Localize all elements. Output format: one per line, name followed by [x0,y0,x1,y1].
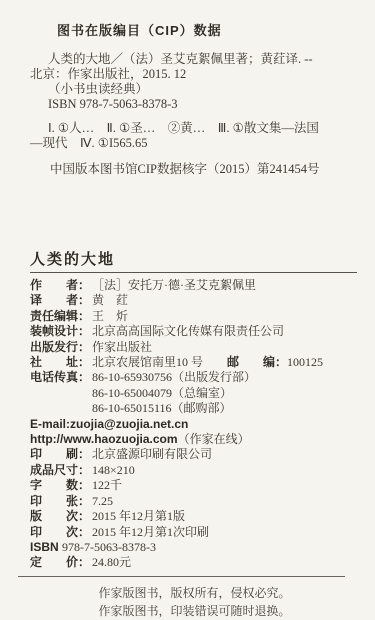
row-value: 148×210 [92,463,135,477]
row-label: 作 者： [30,278,92,293]
row-value: 86-10-65004079（总编室） [92,386,232,400]
row-text: 978-7-5063-8378-3 [62,540,156,554]
colophon-row: 86-10-65004079（总编室） [30,386,359,401]
row-value: 86-10-65015116（邮购部） [92,401,232,415]
cip-line: ISBN 978-7-5063-8378-3 [30,97,359,112]
colophon-row: E-mail:zuojia@zuojia.net.cn [30,417,359,432]
colophon-row: 印 刷：北京盛源印刷有限公司 [30,447,359,462]
colophon-row: 86-10-65015116（邮购部） [30,401,359,416]
row-value: 86-10-65930756（出版发行部） [92,370,256,384]
row-value: 王 炘 [92,309,128,323]
cip-paragraph: 人类的大地／（法）圣艾克絮佩里著；黄荭译. --北京：作家出版社，2015. 1… [30,52,359,112]
colophon-row: 责任编辑：王 炘 [30,309,359,324]
row-value: 黄 荭 [92,293,128,307]
cip-line: 北京：作家出版社，2015. 12 [30,67,359,82]
colophon-row: 印 次：2015 年12月第1次印刷 [30,525,359,540]
row-text: （作家在线） [178,432,250,446]
colophon-row: 定 价：24.80元 [30,555,359,570]
row-label: 出版发行： [30,340,92,355]
row-label: 版 次： [30,509,92,524]
colophon-row: 成品尺寸：148×210 [30,463,359,478]
cip-classification-line: Ⅰ. ①人… Ⅱ. ①圣… ②黄… Ⅲ. ①散文集—法国 [30,121,359,136]
row-label: 装帧设计： [30,324,92,339]
footer-note: 作家版图书，印装错误可随时退换。 [30,602,359,620]
row-label: 责任编辑： [30,309,92,324]
row-value: 北京高高国际文化传媒有限责任公司 [92,324,284,338]
cip-section-title: 图书在版编目（CIP）数据 [30,20,359,39]
row-label-2: 邮 编： [227,355,287,370]
colophon-row: http://www.haozuojia.com（作家在线） [30,432,359,447]
page-content: 图书在版编目（CIP）数据 人类的大地／（法）圣艾克絮佩里著；黄荭译. --北京… [0,0,375,620]
row-label: 电话传真： [30,370,92,385]
row-value: 作家出版社 [92,340,152,354]
cip-line: （小书虫读经典） [30,82,359,97]
colophon-rows: 作 者：［法］安托万·德·圣艾克絮佩里译 者：黄 荭责任编辑：王 炘装帧设计：北… [30,278,359,571]
row-value: 北京盛源印刷有限公司 [92,447,212,461]
colophon-row: ISBN 978-7-5063-8378-3 [30,540,359,555]
colophon-row: 社 址：北京农展馆南里10 号邮 编：100125 [30,355,359,370]
row-value: 122千 [92,478,122,492]
cip-classification-line: —现代 Ⅳ. ①I565.65 [30,136,359,151]
colophon-row: 电话传真：86-10-65930756（出版发行部） [30,370,359,385]
book-title: 人类的大地 [30,248,359,269]
colophon-row: 作 者：［法］安托万·德·圣艾克絮佩里 [30,278,359,293]
row-text: E-mail:zuojia@zuojia.net.cn [30,417,188,431]
cip-line: 人类的大地／（法）圣艾克絮佩里著；黄荭译. -- [30,52,359,67]
row-label: 印 次： [30,525,92,540]
footer-notes: 作家版图书，版权所有，侵权必究。作家版图书，印装错误可随时退换。 [30,584,359,620]
row-value: 2015 年12月第1版 [92,509,185,523]
footer-divider [18,576,345,577]
colophon-row: 印 张：7.25 [30,494,359,509]
row-label: 印 刷： [30,447,92,462]
colophon-row: 字 数：122千 [30,478,359,493]
colophon-row: 译 者：黄 荭 [30,293,359,308]
copyright-page: 图书在版编目（CIP）数据 人类的大地／（法）圣艾克絮佩里著；黄荭译. --北京… [0,0,375,620]
colophon-row: 出版发行：作家出版社 [30,340,359,355]
row-label: 字 数： [30,478,92,493]
row-label: 成品尺寸： [30,463,92,478]
colophon-row: 装帧设计：北京高高国际文化传媒有限责任公司 [30,324,359,339]
colophon-row: 版 次：2015 年12月第1版 [30,509,359,524]
row-label: 印 张： [30,494,92,509]
row-label: 社 址： [30,355,92,370]
cip-record-number: 中国版本图书馆CIP数据核字（2015）第241454号 [30,162,359,177]
row-label: 定 价： [30,555,92,570]
row-label: 译 者： [30,293,92,308]
row-value-2: 100125 [287,355,323,369]
title-divider [30,272,357,273]
row-text: http://www.haozuojia.com [30,432,178,446]
row-value: 北京农展馆南里10 号 [92,355,203,369]
cip-classification: Ⅰ. ①人… Ⅱ. ①圣… ②黄… Ⅲ. ①散文集—法国—现代 Ⅳ. ①I565… [30,121,359,151]
row-text: ISBN [30,540,62,554]
row-value: 24.80元 [92,555,131,569]
footer-note: 作家版图书，版权所有，侵权必究。 [30,584,359,603]
row-value: ［法］安托万·德·圣艾克絮佩里 [92,278,256,292]
row-value: 7.25 [92,494,113,508]
row-value: 2015 年12月第1次印刷 [92,525,209,539]
